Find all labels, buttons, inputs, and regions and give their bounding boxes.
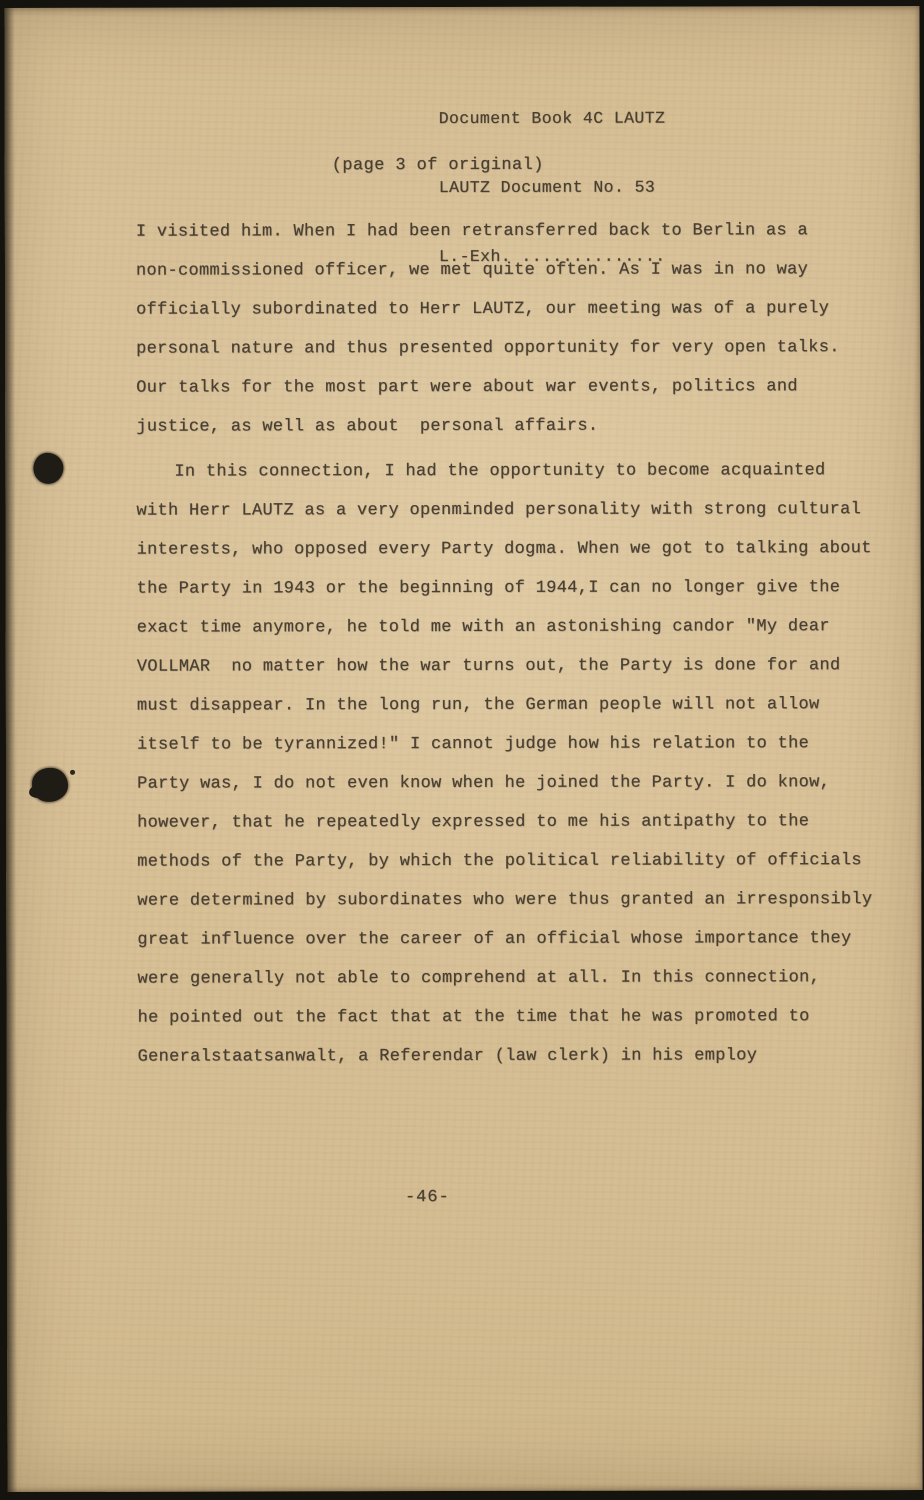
header-document-number: LAUTZ Document No. 53 (439, 176, 666, 199)
text-line: were generally not able to comprehend at… (137, 958, 877, 999)
affidavit-body: I visited him. When I had been retransfe… (136, 211, 878, 1077)
text-line: personal nature and thus presented oppor… (136, 328, 876, 369)
page-reference: (page 3 of original) (332, 156, 544, 175)
text-line: exact time anymore, he told me with an a… (137, 607, 877, 648)
hole-punch-top (33, 453, 63, 484)
text-line: methods of the Party, by which the polit… (137, 841, 877, 882)
text-line: were determined by subordinates who were… (137, 880, 877, 921)
text-line: the Party in 1943 or the beginning of 19… (137, 568, 877, 609)
text-line: I visited him. When I had been retransfe… (136, 211, 876, 252)
header-document-book: Document Book 4C LAUTZ (439, 107, 666, 130)
paragraph-2: In this connection, I had the opportunit… (136, 451, 877, 1077)
paper-edge-shadow (4, 8, 17, 1492)
text-line: great influence over the career of an of… (137, 919, 877, 960)
text-line: In this connection, I had the opportunit… (136, 451, 876, 492)
text-line: itself to be tyrannized!" I cannot judge… (137, 724, 877, 765)
text-line: Generalstaatsanwalt, a Referendar (law c… (138, 1036, 878, 1077)
text-line: must disappear. In the long run, the Ger… (137, 685, 877, 726)
text-line: however, that he repeatedly expressed to… (137, 802, 877, 843)
text-line: VOLLMAR no matter how the war turns out,… (137, 646, 877, 687)
text-line: with Herr LAUTZ as a very openminded per… (136, 490, 876, 531)
paragraph-1: I visited him. When I had been retransfe… (136, 211, 876, 447)
text-line: non-commissioned officer, we met quite o… (136, 250, 876, 291)
text-line: officially subordinated to Herr LAUTZ, o… (136, 289, 876, 330)
scanned-document-page: Document Book 4C LAUTZ LAUTZ Document No… (0, 0, 924, 1500)
page-number: -46- (405, 1188, 450, 1207)
text-line: justice, as well as about personal affai… (136, 406, 876, 447)
hole-punch-bottom (32, 768, 68, 802)
text-line: interests, who opposed every Party dogma… (137, 529, 877, 570)
text-line: Our talks for the most part were about w… (136, 367, 876, 408)
text-line: he pointed out the fact that at the time… (138, 997, 878, 1038)
paper-sheet: Document Book 4C LAUTZ LAUTZ Document No… (4, 6, 922, 1492)
text-line: Party was, I do not even know when he jo… (137, 763, 877, 804)
